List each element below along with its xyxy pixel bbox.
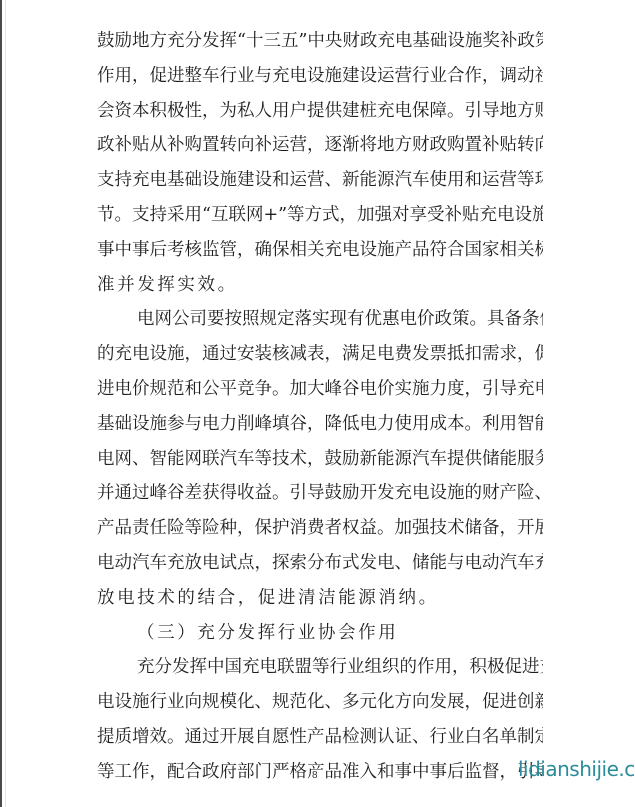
- section-heading: （三）充分发挥行业协会作用: [97, 616, 543, 651]
- page-left-border-inner: [5, 0, 6, 807]
- text-line: 支持充电基础设施建设和运营、新能源汽车使用和运营等环: [97, 163, 543, 198]
- text-line: 放电技术的结合，促进清洁能源消纳。: [97, 581, 543, 616]
- text-line: 电动汽车充放电试点，探索分布式发电、储能与电动汽车充: [97, 546, 543, 581]
- text-line: 政补贴从补购置转向补运营，逐渐将地方财政购置补贴转向: [97, 128, 543, 163]
- paragraph-first-line: 充分发挥中国充电联盟等行业组织的作用，积极促进充: [97, 650, 543, 685]
- text-line: 基础设施参与电力削峰填谷，降低电力使用成本。利用智能: [97, 407, 543, 442]
- text-line: 准并发挥实效。: [97, 268, 543, 303]
- text-line: 的充电设施，通过安装核减表，满足电费发票抵扣需求，促: [97, 337, 543, 372]
- text-line: 等工作，配合政府部门严格产品准入和事中事后监督，引导: [97, 755, 543, 790]
- paragraph-first-line: 电网公司要按照规定落实现有优惠电价政策。具备条件: [97, 302, 543, 337]
- text-line: 作用，促进整车行业与充电设施建设运营行业合作，调动社: [97, 59, 543, 94]
- page-number: 8: [312, 770, 318, 781]
- text-line: 节。支持采用“互联网+”等方式，加强对享受补贴充电设施的: [97, 198, 543, 233]
- text-line: 并通过峰谷差获得收益。引导鼓励开发充电设施的财产险、: [97, 476, 543, 511]
- text-line: 会资本积极性，为私人用户提供建桩充电保障。引导地方财: [97, 94, 543, 129]
- text-line: 电网、智能网联汽车等技术，鼓励新能源汽车提供储能服务，: [97, 442, 543, 477]
- text-line: 电设施行业向规模化、规范化、多元化方向发展，促进创新，: [97, 685, 543, 720]
- text-line: 鼓励地方充分发挥“十三五”中央财政充电基础设施奖补政策: [97, 24, 543, 59]
- watermark: lidianshijie.com: [518, 757, 635, 781]
- document-body: 鼓励地方充分发挥“十三五”中央财政充电基础设施奖补政策 作用，促进整车行业与充电…: [97, 24, 543, 790]
- page-left-border: [0, 0, 2, 807]
- text-line: 产品责任险等险种，保护消费者权益。加强技术储备，开展: [97, 511, 543, 546]
- text-line: 事中事后考核监管，确保相关充电设施产品符合国家相关标: [97, 233, 543, 268]
- text-line: 提质增效。通过开展自愿性产品检测认证、行业白名单制定: [97, 720, 543, 755]
- text-line: 进电价规范和公平竞争。加大峰谷电价实施力度，引导充电: [97, 372, 543, 407]
